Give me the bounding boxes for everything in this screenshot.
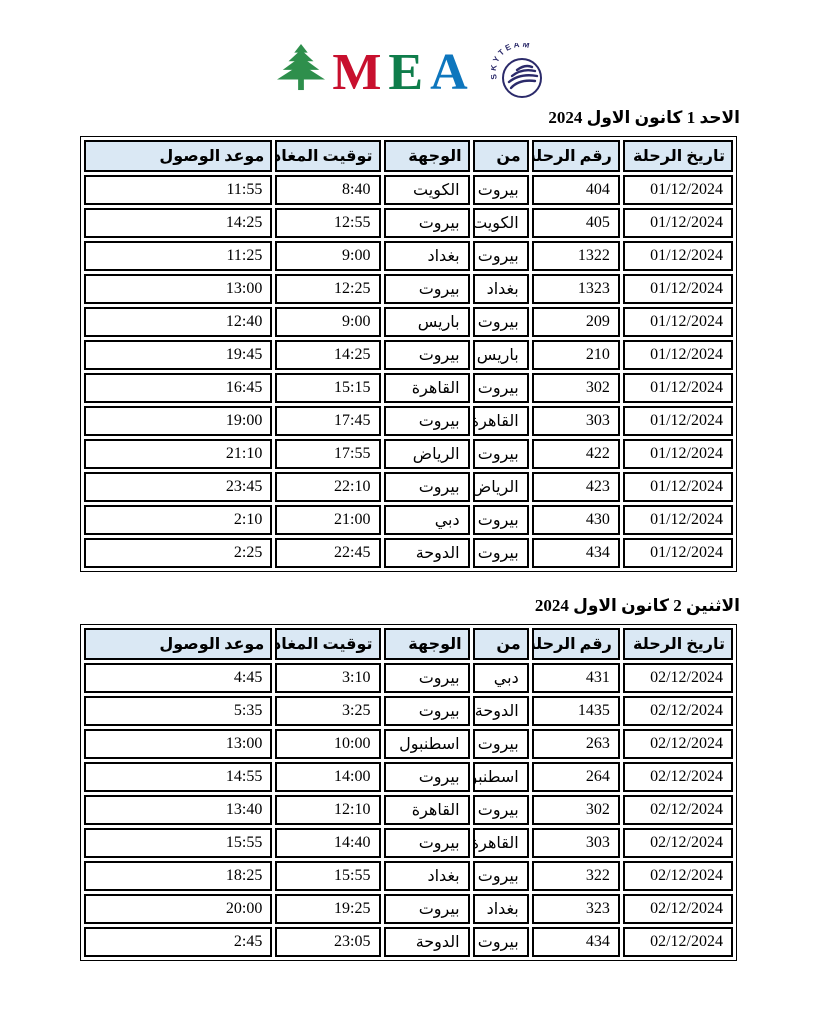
flight-cell: 405 (532, 208, 620, 238)
flight-row: 02/12/20241435الدوحةبيروت3:255:35 (84, 696, 733, 726)
flight-cell: 14:40 (275, 828, 380, 858)
mea-letter-m: M (332, 50, 388, 97)
flight-cell: 21:00 (275, 505, 380, 535)
flight-cell: 17:55 (275, 439, 380, 469)
col-header-departure-time: توقيت المغادرة (275, 140, 380, 172)
flight-cell: 19:25 (275, 894, 380, 924)
flight-cell: 01/12/2024 (623, 538, 733, 568)
flight-cell: 404 (532, 175, 620, 205)
flight-cell: 01/12/2024 (623, 274, 733, 304)
flight-row: 02/12/2024431دبيبيروت3:104:45 (84, 663, 733, 693)
flight-cell: 303 (532, 828, 620, 858)
flight-cell: 303 (532, 406, 620, 436)
flight-cell: بيروت (384, 762, 470, 792)
flight-cell: 23:05 (275, 927, 380, 957)
flight-cell: اسطنبول (384, 729, 470, 759)
flight-row: 01/12/2024404بيروتالكويت8:4011:55 (84, 175, 733, 205)
flight-cell: 2:25 (84, 538, 272, 568)
flight-cell: 02/12/2024 (623, 828, 733, 858)
flight-cell: القاهرة (384, 373, 470, 403)
flight-cell: 263 (532, 729, 620, 759)
flight-cell: دبي (473, 663, 529, 693)
flight-cell: الدوحة (473, 696, 529, 726)
flight-cell: 01/12/2024 (623, 241, 733, 271)
flight-cell: بيروت (473, 307, 529, 337)
flight-cell: بيروت (384, 894, 470, 924)
flight-row: 02/12/2024263بيروتاسطنبول10:0013:00 (84, 729, 733, 759)
flight-row: 02/12/2024303القاهرةبيروت14:4015:55 (84, 828, 733, 858)
flight-cell: 01/12/2024 (623, 406, 733, 436)
flight-cell: 14:00 (275, 762, 380, 792)
section-2-date-heading: الاثنين 2 كانون الاول 2024 (0, 596, 825, 616)
flight-cell: 19:45 (84, 340, 272, 370)
flight-cell: 8:40 (275, 175, 380, 205)
flight-cell: بيروت (384, 208, 470, 238)
flight-row: 02/12/2024302بيروتالقاهرة12:1013:40 (84, 795, 733, 825)
flight-cell: القاهرة (473, 828, 529, 858)
flight-cell: 11:55 (84, 175, 272, 205)
flight-cell: الكويت (384, 175, 470, 205)
col-header-arrival-time: موعد الوصول (84, 628, 272, 660)
flight-cell: 01/12/2024 (623, 472, 733, 502)
flight-cell: بغداد (384, 241, 470, 271)
flight-cell: 323 (532, 894, 620, 924)
flight-cell: 01/12/2024 (623, 175, 733, 205)
col-header-arrival-time: موعد الوصول (84, 140, 272, 172)
flight-cell: 01/12/2024 (623, 208, 733, 238)
flight-cell: 264 (532, 762, 620, 792)
col-header-destination: الوجهة (384, 628, 470, 660)
flight-cell: 10:00 (275, 729, 380, 759)
flight-cell: 1323 (532, 274, 620, 304)
flight-table-day1: تاريخ الرحلة رقم الرحلة من الوجهة توقيت … (80, 136, 737, 572)
flight-cell: 5:35 (84, 696, 272, 726)
flight-cell: بيروت (384, 696, 470, 726)
flight-cell: بيروت (473, 175, 529, 205)
flight-row: 02/12/2024434بيروتالدوحة23:052:45 (84, 927, 733, 957)
flight-cell: 434 (532, 927, 620, 957)
col-header-flight-date: تاريخ الرحلة (623, 140, 733, 172)
flight-cell: الكويت (473, 208, 529, 238)
brand-header: M E A SKYTEAM (0, 0, 825, 106)
flight-cell: 21:10 (84, 439, 272, 469)
flight-cell: بيروت (473, 373, 529, 403)
flight-cell: 13:00 (84, 729, 272, 759)
flight-cell: 12:25 (275, 274, 380, 304)
mea-letter-e: E (388, 50, 430, 97)
flight-row: 01/12/20241322بيروتبغداد9:0011:25 (84, 241, 733, 271)
col-header-destination: الوجهة (384, 140, 470, 172)
col-header-flight-date: تاريخ الرحلة (623, 628, 733, 660)
flight-cell: 02/12/2024 (623, 927, 733, 957)
flight-cell: 434 (532, 538, 620, 568)
flight-cell: 302 (532, 373, 620, 403)
flight-cell: 01/12/2024 (623, 307, 733, 337)
flight-row: 02/12/2024323بغدادبيروت19:2520:00 (84, 894, 733, 924)
flight-cell: الدوحة (384, 538, 470, 568)
flight-cell: 302 (532, 795, 620, 825)
flight-cell: 2:45 (84, 927, 272, 957)
flight-cell: 16:45 (84, 373, 272, 403)
mea-letter-a: A (430, 50, 475, 97)
flight-cell: بيروت (473, 241, 529, 271)
flight-cell: 23:45 (84, 472, 272, 502)
flight-row: 01/12/2024302بيروتالقاهرة15:1516:45 (84, 373, 733, 403)
flight-cell: 22:10 (275, 472, 380, 502)
section-1-date-heading: الاحد 1 كانون الاول 2024 (0, 108, 825, 128)
flight-cell: 02/12/2024 (623, 729, 733, 759)
flight-cell: بيروت (384, 274, 470, 304)
col-header-departure-time: توقيت المغادرة (275, 628, 380, 660)
col-header-flight-number: رقم الرحلة (532, 628, 620, 660)
flight-cell: 02/12/2024 (623, 696, 733, 726)
flight-cell: 12:10 (275, 795, 380, 825)
flight-row: 01/12/2024210باريسبيروت14:2519:45 (84, 340, 733, 370)
flight-cell: باريس (384, 307, 470, 337)
flight-row: 01/12/2024423الرياضبيروت22:1023:45 (84, 472, 733, 502)
flight-row: 02/12/2024264اسطنبولبيروت14:0014:55 (84, 762, 733, 792)
col-header-from: من (473, 140, 529, 172)
flight-cell: 12:55 (275, 208, 380, 238)
flight-cell: بيروت (473, 538, 529, 568)
flight-cell: 15:55 (84, 828, 272, 858)
flight-cell: 15:55 (275, 861, 380, 891)
flight-cell: 1322 (532, 241, 620, 271)
col-header-from: من (473, 628, 529, 660)
flight-cell: 01/12/2024 (623, 439, 733, 469)
flight-cell: 02/12/2024 (623, 795, 733, 825)
flight-cell: 209 (532, 307, 620, 337)
flight-cell: 423 (532, 472, 620, 502)
flight-cell: بيروت (384, 406, 470, 436)
cedar-tree-icon (276, 43, 326, 96)
flight-cell: بغداد (473, 894, 529, 924)
flight-cell: 18:25 (84, 861, 272, 891)
flight-cell: 14:55 (84, 762, 272, 792)
flight-cell: 14:25 (275, 340, 380, 370)
flight-cell: 02/12/2024 (623, 663, 733, 693)
flight-cell: 2:10 (84, 505, 272, 535)
flight-cell: 01/12/2024 (623, 373, 733, 403)
flight-cell: 11:25 (84, 241, 272, 271)
flight-cell: 3:10 (275, 663, 380, 693)
col-header-flight-number: رقم الرحلة (532, 140, 620, 172)
flight-row: 01/12/2024405الكويتبيروت12:5514:25 (84, 208, 733, 238)
flight-row: 01/12/2024422بيروتالرياض17:5521:10 (84, 439, 733, 469)
flight-row: 02/12/2024322بيروتبغداد15:5518:25 (84, 861, 733, 891)
flight-cell: بيروت (473, 439, 529, 469)
flight-cell: 422 (532, 439, 620, 469)
flight-cell: 4:45 (84, 663, 272, 693)
flight-cell: 17:45 (275, 406, 380, 436)
flight-cell: 02/12/2024 (623, 894, 733, 924)
skyteam-logo-icon: SKYTEAM (491, 43, 549, 108)
flight-cell: 12:40 (84, 307, 272, 337)
flight-row: 01/12/20241323بغدادبيروت12:2513:00 (84, 274, 733, 304)
flight-cell: بيروت (384, 828, 470, 858)
flight-cell: 13:00 (84, 274, 272, 304)
flight-cell: بغداد (473, 274, 529, 304)
flight-cell: 19:00 (84, 406, 272, 436)
flight-cell: 14:25 (84, 208, 272, 238)
flight-cell: بغداد (384, 861, 470, 891)
flight-cell: 430 (532, 505, 620, 535)
flight-cell: القاهرة (473, 406, 529, 436)
flight-cell: بيروت (473, 729, 529, 759)
flight-cell: 01/12/2024 (623, 340, 733, 370)
flight-cell: اسطنبول (473, 762, 529, 792)
flight-cell: الرياض (473, 472, 529, 502)
flight-cell: بيروت (384, 340, 470, 370)
table-header-row: تاريخ الرحلة رقم الرحلة من الوجهة توقيت … (84, 140, 733, 172)
mea-wordmark: M E A (332, 50, 474, 97)
flight-cell: 15:15 (275, 373, 380, 403)
flight-cell: 1435 (532, 696, 620, 726)
flight-cell: بيروت (384, 663, 470, 693)
flight-cell: بيروت (473, 795, 529, 825)
flight-row: 01/12/2024209بيروتباريس9:0012:40 (84, 307, 733, 337)
table-header-row: تاريخ الرحلة رقم الرحلة من الوجهة توقيت … (84, 628, 733, 660)
flight-cell: 322 (532, 861, 620, 891)
flight-cell: دبي (384, 505, 470, 535)
flight-cell: 22:45 (275, 538, 380, 568)
flight-cell: الدوحة (384, 927, 470, 957)
flight-cell: القاهرة (384, 795, 470, 825)
flight-cell: بيروت (473, 861, 529, 891)
flight-schedule-page: M E A SKYTEAM الاحد 1 (0, 0, 825, 1024)
flight-cell: بيروت (384, 472, 470, 502)
flight-cell: 210 (532, 340, 620, 370)
flight-cell: 02/12/2024 (623, 762, 733, 792)
flight-cell: 20:00 (84, 894, 272, 924)
flight-cell: 431 (532, 663, 620, 693)
flight-row: 01/12/2024430بيروتدبي21:002:10 (84, 505, 733, 535)
flight-cell: 13:40 (84, 795, 272, 825)
flight-cell: الرياض (384, 439, 470, 469)
flight-cell: 3:25 (275, 696, 380, 726)
flight-row: 01/12/2024434بيروتالدوحة22:452:25 (84, 538, 733, 568)
flight-cell: 9:00 (275, 307, 380, 337)
flight-cell: 02/12/2024 (623, 861, 733, 891)
flight-row: 01/12/2024303القاهرةبيروت17:4519:00 (84, 406, 733, 436)
flight-cell: 01/12/2024 (623, 505, 733, 535)
flight-cell: بيروت (473, 505, 529, 535)
flight-cell: باريس (473, 340, 529, 370)
flight-table-day2: تاريخ الرحلة رقم الرحلة من الوجهة توقيت … (80, 624, 737, 961)
flight-cell: بيروت (473, 927, 529, 957)
flight-cell: 9:00 (275, 241, 380, 271)
